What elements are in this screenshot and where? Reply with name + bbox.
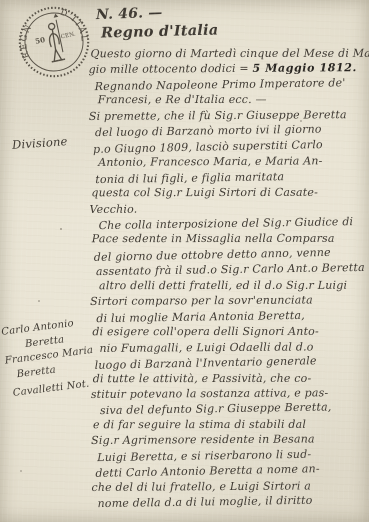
manuscript-line: altro delli detti fratelli, ed il d.o Si… — [99, 278, 368, 294]
stamp-arc-left-text: REGNO — [9, 1, 41, 61]
margin-signatures-block: Carlo Antonio Beretta Francesco Maria Be… — [1, 315, 102, 402]
ink-speck — [60, 228, 62, 230]
revenue-stamp-seal: REGNO D'ITALIA 50 CEN. — [9, 0, 100, 88]
manuscript-line: e di far seguire la stima di stabili dal — [93, 417, 369, 433]
margin-note-divisione: Divisione — [12, 134, 68, 152]
manuscript-body: Questo giorno di Martedì cinque del Mese… — [88, 45, 369, 511]
svg-text:REGNO: REGNO — [9, 1, 41, 61]
ink-speck — [20, 470, 22, 472]
document-page: REGNO D'ITALIA 50 CEN. N. 46. — Regno d'… — [0, 0, 369, 522]
manuscript-line: di tutte le attività, e Passività, che c… — [93, 370, 369, 386]
document-title-kingdom: Regno d'Italia — [101, 21, 219, 41]
stamp-unit-text: CEN. — [60, 31, 76, 40]
manuscript-line: Francesi, e Re d'Italia ecc. — — [98, 92, 367, 108]
date-highlight: 5 Maggio 1812. — [252, 62, 356, 76]
ink-speck — [300, 120, 302, 122]
manuscript-line: questa col Sig.r Luigi Sirtori di Casate… — [91, 185, 367, 201]
stamp-value-text: 50 — [34, 35, 46, 46]
ink-speck — [38, 300, 40, 302]
ink-speck — [120, 505, 122, 507]
document-number: N. 46. — — [96, 5, 163, 23]
date-line-prefix: gio mille ottocento dodici = — [89, 62, 253, 76]
manuscript-line: Questo giorno di Martedì cinque del Mese… — [90, 46, 366, 62]
manuscript-line: nome della d.a di lui moglie, il diritto — [97, 492, 369, 512]
manuscript-line: di esigere coll'opera delli Signori Anto… — [92, 324, 368, 340]
